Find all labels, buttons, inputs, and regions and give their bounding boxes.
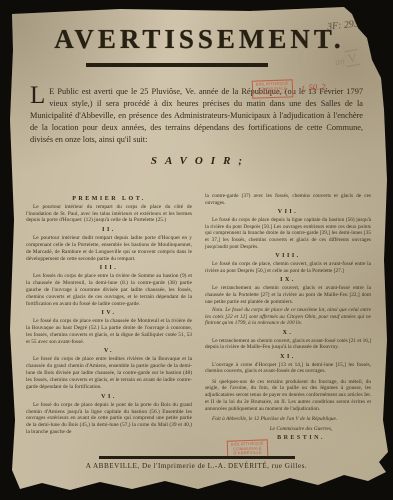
imprint-rule xyxy=(99,456,295,459)
intro-text: E Public est averti que le 25 Pluviôse, … xyxy=(30,87,363,144)
lot-header: IV. xyxy=(26,310,192,317)
lot-text: Le fossé du corps de place, chemin couve… xyxy=(205,261,371,274)
poster-paper: 3F: 293 anV AVERTISSEMENT. BIBLIOTHÈQUE … xyxy=(0,0,393,500)
savoir-heading: SAVOIR; xyxy=(0,155,393,167)
lot-section: PREMIER LOT. Le pourtour intérieur du re… xyxy=(26,196,192,225)
lot-header: X. xyxy=(205,330,371,337)
signature-role: Le Commissaire des Guerres, xyxy=(205,426,371,433)
lot-section: V. Le fossé du corps de place entre lesd… xyxy=(26,348,192,391)
library-stamp-line: D'ABBEVILLE xyxy=(256,91,289,97)
lot-header: V. xyxy=(26,348,192,355)
lot-text: Le pourtour intérieur dudit rempart depu… xyxy=(26,235,192,263)
lot-header: VIII. xyxy=(205,253,371,260)
dateline: Fait à Abbeville, le 12 Pluviôse de l'an… xyxy=(205,416,371,423)
lot-header: VI. xyxy=(26,394,192,401)
lot-text: Le retranchement au chemin couvert, glac… xyxy=(205,338,371,351)
lot-section: X. Le retranchement au chemin couvert, g… xyxy=(205,330,371,352)
lot-text: Le fossé du corps de place depuis la lig… xyxy=(205,217,371,251)
lot-section: XI. L'ouvrage à corne d'Hocquet [13 et 1… xyxy=(205,354,371,376)
photo-backdrop: 3F: 293 anV AVERTISSEMENT. BIBLIOTHÈQUE … xyxy=(0,0,393,500)
lot-header: III. xyxy=(26,265,192,272)
continuation-text: la contre-garde (37) avec les fossés, ch… xyxy=(205,193,371,206)
lot-columns: PREMIER LOT. Le pourtour intérieur du re… xyxy=(26,193,371,442)
page-title: AVERTISSEMENT. xyxy=(26,24,373,55)
lot-text: Le fossé du corps de place depuis le pon… xyxy=(26,402,192,437)
nota-text: Nota. Le fossé du corps de place de ce n… xyxy=(205,307,371,327)
lot-section: VI. Le fossé du corps de place depuis le… xyxy=(26,394,192,437)
closing-paragraph: Si quelques-uns de ces terrains produise… xyxy=(205,379,371,413)
lot-header: IX. xyxy=(205,277,371,284)
lot-section: III. Les fossés du corps de place entre … xyxy=(26,265,192,308)
lot-section: IX. Le retranchement au chemin couvert, … xyxy=(205,277,371,327)
imprint: A ABBEVILLE, De l'Imprimerie de L.-A. DE… xyxy=(40,462,353,470)
lot-section: IV. Le fossé du corps de place entre la … xyxy=(26,310,192,346)
library-stamp-top: BIBLIOTHÈQUE COMMUNALE D'ABBEVILLE xyxy=(252,79,294,98)
lot-header: VII. xyxy=(205,209,371,216)
lot-text: Le fossé du corps de place entre la chau… xyxy=(26,318,192,346)
lot-header: II. xyxy=(26,227,192,234)
lot-section: VIII. Le fossé du corps de place, chemin… xyxy=(205,253,371,275)
lot-header: PREMIER LOT. xyxy=(26,196,192,203)
lot-text: Le fossé du corps de place entre lesdite… xyxy=(26,356,192,391)
lot-text: Le retranchement au chemin couvert, glac… xyxy=(205,285,371,305)
lot-section: II. Le pourtour intérieur dudit rempart … xyxy=(26,227,192,263)
lot-section: VII. Le fossé du corps de place depuis l… xyxy=(205,209,371,251)
title-rule xyxy=(86,63,268,67)
pencil-annotation: anV xyxy=(334,50,360,69)
lot-text: Les fossés du corps de place entre la ri… xyxy=(26,273,192,308)
drop-cap: L xyxy=(30,86,49,105)
lot-text: Le pourtour intérieur du rempart du corp… xyxy=(26,204,192,225)
lot-text: L'ouvrage à corne d'Hocquet [13 et 14,] … xyxy=(205,362,371,375)
red-shelfmark-annotation: t. 50. 2 xyxy=(302,81,326,92)
lot-header: XI. xyxy=(205,354,371,361)
column-left: PREMIER LOT. Le pourtour intérieur du re… xyxy=(26,193,192,442)
intro-paragraph: LE Public est averti que le 25 Pluviôse,… xyxy=(30,86,363,146)
column-right: la contre-garde (37) avec les fossés, ch… xyxy=(205,193,371,442)
pencil-annotation-prefix: an xyxy=(335,56,346,67)
